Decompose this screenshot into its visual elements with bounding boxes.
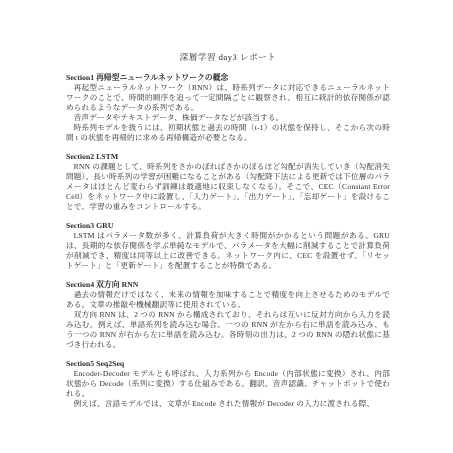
section-heading: Section3 GRU: [66, 221, 390, 231]
section-heading: Section5 Seq2Seq: [66, 359, 390, 369]
report-section: Section2 LSTM RNN の課題として、時系列をさかのぼればさかのぼる…: [66, 152, 390, 212]
section-heading: Section2 LSTM: [66, 152, 390, 162]
report-section: Section5 Seq2Seq Encoder-Decoder モデルとも呼ば…: [66, 359, 390, 409]
paragraph: 再起型ニューラルネットワーク（RNN）は、時系列データに対応できるニューラルネッ…: [66, 83, 390, 113]
section-heading: Section1 再帰型ニューラルネットワークの概念: [66, 73, 390, 83]
report-section: Section4 双方向 RNN 過去の情報だけではなく、未来の情報を加味するこ…: [66, 280, 390, 350]
report-section: Section3 GRU LSTM はパラメータ数が多く、計算負荷が大きく時間が…: [66, 221, 390, 271]
paragraph: 過去の情報だけではなく、未来の情報を加味することで精度を向上させるためのモデルで…: [66, 290, 390, 310]
section-heading: Section4 双方向 RNN: [66, 280, 390, 290]
paragraph: 双方向 RNN は、2 つの RNN から構成されており、それらは互いに反対方向…: [66, 310, 390, 350]
report-section: Section1 再帰型ニューラルネットワークの概念 再起型ニューラルネットワー…: [66, 73, 390, 143]
paragraph: 時系列モデルを扱うには、初期状態と過去の時間（t-1）の状態を保持し、そこから次…: [66, 123, 390, 143]
document-page: 深層学習 day3 レポート Section1 再帰型ニューラルネットワークの概…: [0, 0, 453, 453]
paragraph: 例えば、言語モデルでは、文章が Encode された情報が Decoder の入…: [66, 399, 390, 409]
paragraph: LSTM はパラメータ数が多く、計算負荷が大きく時間がかかるという問題がある。G…: [66, 231, 390, 271]
paragraph: 音声データやテキストデータ、株価データなどが該当する。: [66, 113, 390, 123]
document-body: Section1 再帰型ニューラルネットワークの概念 再起型ニューラルネットワー…: [66, 73, 390, 409]
paragraph: Encoder-Decoder モデルとも呼ばれ、入力系列から Encode（内…: [66, 369, 390, 399]
document-content: 深層学習 day3 レポート Section1 再帰型ニューラルネットワークの概…: [66, 52, 390, 409]
paragraph: RNN の課題として、時系列をさかのぼればさかのぼるほど勾配が消失していき（勾配…: [66, 162, 390, 212]
page-title: 深層学習 day3 レポート: [66, 52, 390, 63]
